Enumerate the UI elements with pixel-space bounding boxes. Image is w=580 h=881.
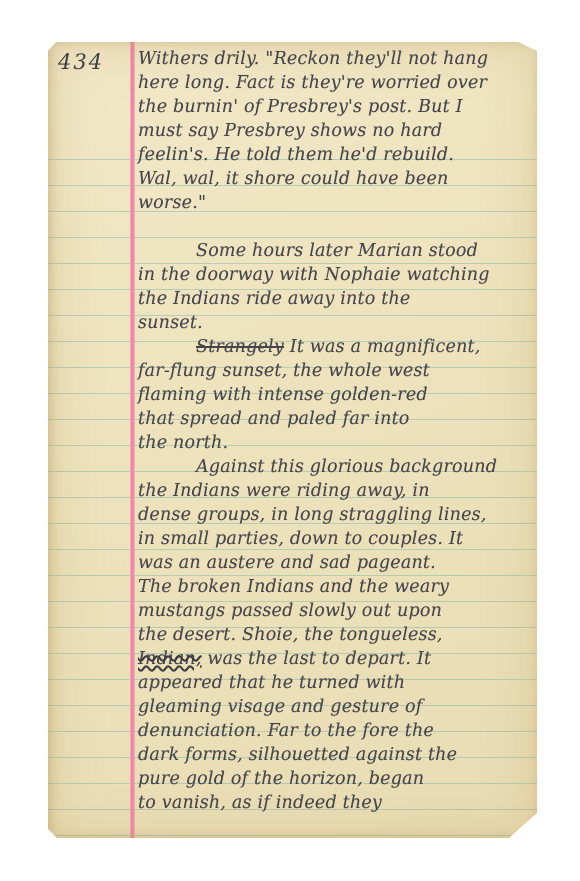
- handwriting-segment: Wal, wal, it shore could have been: [138, 169, 449, 189]
- manuscript-line: dark forms, silhouetted against the: [138, 744, 534, 768]
- handwriting-segment: Some hours later Marian stood: [196, 241, 478, 261]
- manuscript-line: must say Presbrey shows no hard: [138, 120, 534, 144]
- manuscript-line: gleaming visage and gesture of: [138, 696, 534, 720]
- manuscript-line: the Indians ride away into the: [138, 288, 534, 312]
- handwriting-segment: feelin's. He told them he'd rebuild.: [138, 145, 454, 165]
- handwriting-segment: The broken Indians and the weary: [138, 577, 449, 597]
- manuscript-line: the north.: [138, 432, 534, 456]
- handwriting-segment: the Indians were riding away, in: [138, 481, 430, 501]
- handwriting-segment: in small parties, down to couples. It: [138, 529, 463, 549]
- margin-line: [130, 42, 135, 838]
- manuscript-line: feelin's. He told them he'd rebuild.: [138, 144, 534, 168]
- handwriting-segment: the desert. Shoie, the tongueless,: [138, 625, 443, 645]
- manuscript-line: far-flung sunset, the whole west: [138, 360, 534, 384]
- handwriting-segment: that spread and paled far into: [138, 409, 410, 429]
- handwriting-segment: far-flung sunset, the whole west: [138, 361, 430, 381]
- handwriting-segment: Against this glorious background: [196, 457, 497, 477]
- handwriting-segment: It was a magnificent,: [284, 337, 481, 357]
- manuscript-line: mustangs passed slowly out upon: [138, 600, 534, 624]
- handwriting-segment: to vanish, as if indeed they: [138, 793, 382, 813]
- manuscript-line: Indian, was the last to depart. It: [138, 648, 534, 672]
- handwriting-segment: denunciation. Far to the fore the: [138, 721, 434, 741]
- manuscript-line: in small parties, down to couples. It: [138, 528, 534, 552]
- manuscript-line: Strangely It was a magnificent,: [138, 336, 534, 360]
- manuscript-line: worse.": [138, 192, 534, 216]
- manuscript-line: Wal, wal, it shore could have been: [138, 168, 534, 192]
- handwriting-segment: gleaming visage and gesture of: [138, 697, 422, 717]
- struck-word: Indian,: [138, 649, 202, 669]
- manuscript-line: appeared that he turned with: [138, 672, 534, 696]
- manuscript-line: that spread and paled far into: [138, 408, 534, 432]
- handwriting-segment: Withers drily. "Reckon they'll not hang: [138, 49, 488, 69]
- manuscript-line: was an austere and sad pageant.: [138, 552, 534, 576]
- handwriting-segment: the burnin' of Presbrey's post. But I: [138, 97, 463, 117]
- handwriting-segment: was an austere and sad pageant.: [138, 553, 436, 573]
- manuscript-line: flaming with intense golden-red: [138, 384, 534, 408]
- manuscript-text: Withers drily. "Reckon they'll not hangh…: [138, 48, 534, 816]
- handwriting-segment: sunset.: [138, 313, 203, 333]
- handwriting-segment: here long. Fact is they're worried over: [138, 73, 487, 93]
- manuscript-line: Some hours later Marian stood: [138, 240, 534, 264]
- handwriting-segment: worse.": [138, 193, 206, 213]
- page-number: 434: [58, 50, 104, 74]
- handwriting-segment: must say Presbrey shows no hard: [138, 121, 442, 141]
- struck-word: Strangely: [196, 337, 284, 357]
- handwriting-segment: flaming with intense golden-red: [138, 385, 428, 405]
- manuscript-line: dense groups, in long straggling lines,: [138, 504, 534, 528]
- handwriting-segment: the Indians ride away into the: [138, 289, 411, 309]
- handwriting-segment: was the last to depart. It: [202, 649, 432, 669]
- manuscript-line: denunciation. Far to the fore the: [138, 720, 534, 744]
- manuscript-line: in the doorway with Nophaie watching: [138, 264, 534, 288]
- handwriting-segment: dense groups, in long straggling lines,: [138, 505, 487, 525]
- manuscript-page: 434 Withers drily. "Reckon they'll not h…: [48, 42, 537, 838]
- manuscript-line: the burnin' of Presbrey's post. But I: [138, 96, 534, 120]
- blank-line: [138, 216, 534, 240]
- manuscript-line: the Indians were riding away, in: [138, 480, 534, 504]
- handwriting-segment: pure gold of the horizon, began: [138, 769, 424, 789]
- document-photo: { "page": { "page_number": "434", "backg…: [0, 0, 580, 881]
- manuscript-line: the desert. Shoie, the tongueless,: [138, 624, 534, 648]
- manuscript-line: here long. Fact is they're worried over: [138, 72, 534, 96]
- handwriting-segment: in the doorway with Nophaie watching: [138, 265, 490, 285]
- manuscript-line: The broken Indians and the weary: [138, 576, 534, 600]
- handwriting-segment: dark forms, silhouetted against the: [138, 745, 457, 765]
- handwriting-segment: mustangs passed slowly out upon: [138, 601, 442, 621]
- manuscript-line: sunset.: [138, 312, 534, 336]
- handwriting-segment: appeared that he turned with: [138, 673, 405, 693]
- manuscript-line: Withers drily. "Reckon they'll not hang: [138, 48, 534, 72]
- handwriting-segment: the north.: [138, 433, 228, 453]
- manuscript-line: to vanish, as if indeed they: [138, 792, 534, 816]
- manuscript-line: pure gold of the horizon, began: [138, 768, 534, 792]
- manuscript-line: Against this glorious background: [138, 456, 534, 480]
